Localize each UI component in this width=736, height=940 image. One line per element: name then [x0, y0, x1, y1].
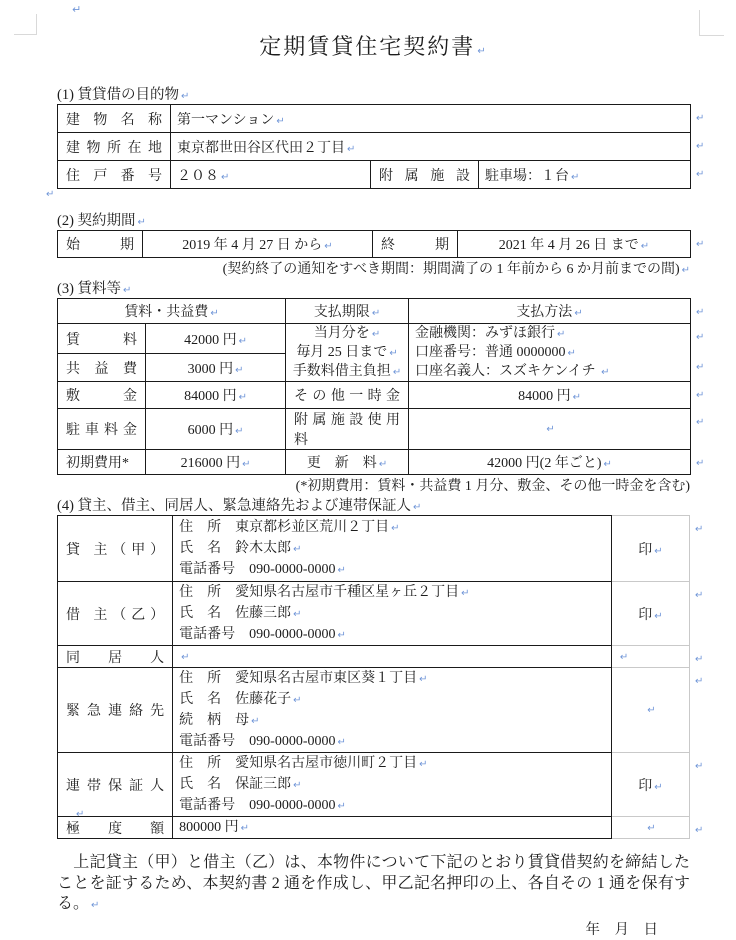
- facility-fee-value: ↵: [409, 409, 691, 450]
- pilcrow-mark: ↵: [695, 825, 703, 836]
- column-header-deadline: 支払期限↵: [286, 299, 409, 324]
- row-end-mark-cell: ↵: [691, 105, 705, 133]
- closing-paragraph: 上記貸主（甲）と借主（乙）は、本物件について下記のとおり賃貸借契約を締結したこと…: [57, 853, 690, 915]
- pilcrow-mark: ↵: [696, 332, 704, 343]
- table-row-emergency-contact: 緊 急 連 絡 先 住 所 愛知県名古屋市東区葵１丁目↵ 氏 名 佐藤花子↵ 続…: [58, 668, 704, 753]
- row-end-mark-cell: ↵: [691, 299, 705, 324]
- contract-page: ↵ ↵ ↵ 定期賃貸住宅契約書↵ (1) 賃貸借の目的物↵ 建 物 名 称 第一…: [0, 0, 736, 940]
- cell-mark: ↵: [571, 172, 579, 183]
- table-row: 住 戸 番 号 ２０８↵ 附 属 施 設 駐車場：１台↵ ↵: [58, 161, 705, 189]
- cohabitant-details: ↵: [173, 646, 612, 668]
- pilcrow-mark: ↵: [695, 654, 703, 665]
- initial-cost-value: 216000 円↵: [146, 450, 286, 475]
- cell-mark: ↵: [235, 365, 243, 376]
- section1-heading: (1) 賃貸借の目的物↵: [57, 83, 690, 104]
- landlord-details: 住 所 東京都杉並区荒川２丁目↵ 氏 名 鈴木太郎↵ 電話番号 090-0000…: [173, 516, 612, 582]
- row-end-mark-cell: ↵: [691, 133, 705, 161]
- onetime-value: 84000 円↵: [409, 382, 691, 409]
- line-break-mark: ↵: [557, 329, 565, 340]
- rent-value: 42000 円↵: [146, 324, 286, 354]
- row-end-mark-cell: ↵: [691, 382, 705, 409]
- pilcrow-mark: ↵: [91, 900, 99, 911]
- cell-mark: ↵: [546, 424, 554, 435]
- line-break-mark: ↵: [293, 609, 301, 620]
- table-row: 建 物 所 在 地 東京都世田谷区代田２丁目↵ ↵: [58, 133, 705, 161]
- term-table: 始 期 2019 年 4 月 27 日 から↵ 終 期 2021 年 4 月 2…: [57, 230, 705, 258]
- cell-mark: ↵: [181, 652, 189, 663]
- cell-mark: ↵: [338, 565, 346, 576]
- pilcrow-mark: ↵: [138, 217, 146, 228]
- cell-mark: ↵: [241, 823, 249, 834]
- pilcrow-mark: ↵: [123, 285, 131, 296]
- row-end-mark-cell: ↵: [689, 668, 703, 753]
- term-start-value: 2019 年 4 月 27 日 から↵: [143, 231, 373, 258]
- row-end-mark-cell: ↵: [689, 817, 703, 839]
- row-end-mark-cell: ↵: [691, 450, 705, 475]
- document-title-text: 定期賃貸住宅契約書: [259, 34, 475, 59]
- pilcrow-mark: ↵: [477, 46, 487, 57]
- column-header-method: 支払方法↵: [409, 299, 691, 324]
- table-row: 初期費用* 216000 円↵ 更 新 料↵ 42000 円(2 年ごと)↵ ↵: [58, 450, 705, 475]
- cell-mark: ↵: [654, 546, 662, 557]
- purpose-table: 建 物 名 称 第一マンション↵ ↵ 建 物 所 在 地 東京都世田谷区代田２丁…: [57, 104, 705, 189]
- section4-heading: (4) 貸主、借主、同居人、緊急連絡先および連帯保証人↵: [57, 494, 690, 515]
- section3-heading: (3) 賃料等↵: [57, 277, 690, 298]
- cell-mark: ↵: [654, 611, 662, 622]
- cell-mark: ↵: [647, 823, 655, 834]
- max-guarantee-value: 800000 円↵: [173, 817, 612, 839]
- cell-mark: ↵: [654, 782, 662, 793]
- term-notice-note: (契約終了の通知をすべき期間：期間満了の 1 年前から 6 か月前までの間)↵: [57, 258, 690, 276]
- building-address-value: 東京都世田谷区代田２丁目↵: [171, 133, 691, 161]
- row-end-mark-cell: ↵: [689, 753, 703, 817]
- line-break-mark: ↵: [461, 588, 469, 599]
- rent-table: 賃料・共益費↵ 支払期限↵ 支払方法↵ ↵ 賃 料 42000 円↵ 当月分を↵…: [57, 298, 705, 475]
- parking-fee-label: 駐 車 料 金: [58, 409, 146, 450]
- line-break-mark: ↵: [419, 674, 427, 685]
- parties-table: 貸 主（甲） 住 所 東京都杉並区荒川２丁目↵ 氏 名 鈴木太郎↵ 電話番号 0…: [57, 515, 704, 839]
- cell-mark: ↵: [620, 652, 628, 663]
- pilcrow-mark: ↵: [696, 390, 704, 401]
- cell-mark: ↵: [347, 144, 355, 155]
- row-end-mark-cell: ↵: [691, 354, 705, 382]
- unit-number-value: ２０８↵: [171, 161, 371, 189]
- term-start-label: 始 期: [58, 231, 143, 258]
- pilcrow-mark: ↵: [696, 141, 704, 152]
- cohabitant-seal-cell: ↵: [611, 646, 689, 668]
- cell-mark: ↵: [324, 241, 332, 252]
- pilcrow-mark: ↵: [46, 190, 54, 200]
- initial-cost-note: (*初期費用：賃料・共益費 1 月分、敷金、その他一時金を含む): [57, 475, 690, 493]
- table-row: 賃 料 42000 円↵ 当月分を↵ 毎月 25 日まで↵ 手数料借主負担↵ 金…: [58, 324, 705, 354]
- term-end-value: 2021 年 4 月 26 日 まで↵: [458, 231, 691, 258]
- table-row-max-guarantee: 極 度 額 800000 円↵ ↵ ↵: [58, 817, 704, 839]
- table-row-cohabitant: 同 居 人 ↵ ↵ ↵: [58, 646, 704, 668]
- cohabitant-label: 同 居 人: [58, 646, 173, 668]
- cell-mark: ↵: [239, 392, 247, 403]
- guarantor-seal-cell: 印↵: [611, 753, 689, 817]
- section1-heading-text: (1) 賃貸借の目的物: [57, 87, 179, 103]
- cell-mark: ↵: [338, 737, 346, 748]
- tenant-details: 住 所 愛知県名古屋市千種区星ヶ丘２丁目↵ 氏 名 佐藤三郎↵ 電話番号 090…: [173, 582, 612, 646]
- emergency-contact-details: 住 所 愛知県名古屋市東区葵１丁目↵ 氏 名 佐藤花子↵ 続 柄 母↵ 電話番号…: [173, 668, 612, 753]
- cell-mark: ↵: [235, 426, 243, 437]
- common-fee-value: 3000 円↵: [146, 354, 286, 382]
- pilcrow-mark: ↵: [695, 676, 703, 687]
- cell-mark: ↵: [242, 459, 250, 470]
- deposit-label: 敷 金: [58, 382, 146, 409]
- table-row: 駐 車 料 金 6000 円↵ 附 属 施 設 使 用 料 ↵ ↵: [58, 409, 705, 450]
- pilcrow-mark: ↵: [695, 524, 703, 535]
- cell-mark: ↵: [573, 392, 581, 403]
- cell-mark: ↵: [221, 172, 229, 183]
- emergency-contact-label: 緊 急 連 絡 先: [58, 668, 173, 753]
- cell-mark: ↵: [641, 241, 649, 252]
- cell-mark: ↵: [338, 801, 346, 812]
- line-break-mark: ↵: [391, 523, 399, 534]
- pilcrow-mark: ↵: [696, 362, 704, 373]
- attached-facility-value: 駐車場：１台↵: [479, 161, 691, 189]
- payment-deadline-cell: 当月分を↵ 毎月 25 日まで↵ 手数料借主負担↵: [286, 324, 409, 382]
- table-row-tenant: 借 主（乙） 住 所 愛知県名古屋市千種区星ヶ丘２丁目↵ 氏 名 佐藤三郎↵ 電…: [58, 582, 704, 646]
- pilcrow-mark: ↵: [696, 113, 704, 124]
- line-break-mark: ↵: [293, 780, 301, 791]
- row-end-mark-cell: ↵: [691, 161, 705, 189]
- landlord-label: 貸 主（甲）: [58, 516, 173, 582]
- document-title: 定期賃貸住宅契約書↵: [57, 0, 690, 62]
- row-end-mark-cell: ↵: [691, 231, 705, 258]
- guarantor-details: 住 所 愛知県名古屋市徳川町２丁目↵ 氏 名 保証三郎↵ 電話番号 090-00…: [173, 753, 612, 817]
- line-break-mark: ↵: [251, 716, 259, 727]
- line-break-mark: ↵: [293, 695, 301, 706]
- max-guarantee-label: 極 度 額: [58, 817, 173, 839]
- attached-facility-label: 附 属 施 設: [371, 161, 479, 189]
- onetime-label: そ の 他 一 時 金: [286, 382, 409, 409]
- pilcrow-mark: ↵: [695, 590, 703, 601]
- pilcrow-mark: ↵: [696, 458, 704, 469]
- row-end-mark-cell: ↵: [691, 324, 705, 354]
- cell-mark: ↵: [393, 367, 401, 378]
- pilcrow-mark: ↵: [695, 761, 703, 772]
- cell-mark: ↵: [210, 308, 218, 319]
- renewal-fee-label: 更 新 料↵: [286, 450, 409, 475]
- table-row-guarantor: 連 帯 保 証 人 住 所 愛知県名古屋市徳川町２丁目↵ 氏 名 保証三郎↵ 電…: [58, 753, 704, 817]
- pilcrow-mark: ↵: [682, 265, 690, 276]
- cell-mark: ↵: [239, 336, 247, 347]
- emergency-contact-seal-cell: ↵: [611, 668, 689, 753]
- line-break-mark: ↵: [293, 544, 301, 555]
- signature-date-line: 年 月 日: [57, 918, 690, 938]
- table-row-landlord: 貸 主（甲） 住 所 東京都杉並区荒川２丁目↵ 氏 名 鈴木太郎↵ 電話番号 0…: [58, 516, 704, 582]
- pilcrow-mark: ↵: [696, 307, 704, 318]
- initial-cost-label: 初期費用*: [58, 450, 146, 475]
- renewal-fee-value: 42000 円(2 年ごと)↵: [409, 450, 691, 475]
- cell-mark: ↵: [601, 367, 609, 378]
- cell-mark: ↵: [276, 116, 284, 127]
- rent-label: 賃 料: [58, 324, 146, 354]
- line-break-mark: ↵: [372, 329, 380, 340]
- building-name-value: 第一マンション↵: [171, 105, 691, 133]
- tenant-seal-cell: 印↵: [611, 582, 689, 646]
- line-break-mark: ↵: [568, 348, 576, 359]
- table-header-row: 賃料・共益費↵ 支払期限↵ 支払方法↵ ↵: [58, 299, 705, 324]
- deposit-value: 84000 円↵: [146, 382, 286, 409]
- table-row: 建 物 名 称 第一マンション↵ ↵: [58, 105, 705, 133]
- margin-crop-mark-top-right: [699, 10, 724, 36]
- term-end-label: 終 期: [373, 231, 458, 258]
- table-row: 敷 金 84000 円↵ そ の 他 一 時 金 84000 円↵ ↵: [58, 382, 705, 409]
- pilcrow-mark: ↵: [696, 169, 704, 180]
- column-header-fee: 賃料・共益費↵: [58, 299, 286, 324]
- unit-number-label: 住 戸 番 号: [58, 161, 171, 189]
- row-end-mark-cell: ↵: [691, 409, 705, 450]
- cell-mark: ↵: [338, 630, 346, 641]
- row-end-mark-cell: ↵: [689, 582, 703, 646]
- section2-heading-text: (2) 契約期間: [57, 213, 136, 229]
- max-guarantee-seal-cell: ↵: [611, 817, 689, 839]
- pilcrow-mark: ↵: [413, 502, 421, 513]
- section2-heading: (2) 契約期間↵: [57, 209, 690, 230]
- guarantor-label: 連 帯 保 証 人: [58, 753, 173, 817]
- row-end-mark-cell: ↵: [689, 516, 703, 582]
- table-row: 始 期 2019 年 4 月 27 日 から↵ 終 期 2021 年 4 月 2…: [58, 231, 705, 258]
- facility-fee-label: 附 属 施 設 使 用 料: [286, 409, 409, 450]
- row-end-mark-cell: ↵: [689, 646, 703, 668]
- tenant-label: 借 主（乙）: [58, 582, 173, 646]
- pilcrow-mark: ↵: [696, 239, 704, 250]
- parking-fee-value: 6000 円↵: [146, 409, 286, 450]
- cell-mark: ↵: [379, 459, 387, 470]
- common-fee-label: 共 益 費: [58, 354, 146, 382]
- building-address-label: 建 物 所 在 地: [58, 133, 171, 161]
- cell-mark: ↵: [603, 459, 611, 470]
- building-name-label: 建 物 名 称: [58, 105, 171, 133]
- landlord-seal-cell: 印↵: [611, 516, 689, 582]
- section3-heading-text: (3) 賃料等: [57, 281, 121, 297]
- cell-mark: ↵: [647, 705, 655, 716]
- payment-method-cell: 金融機関：みずほ銀行↵ 口座番号：普通 0000000↵ 口座名義人：スズキケン…: [409, 324, 691, 382]
- section4-heading-text: (4) 貸主、借主、同居人、緊急連絡先および連帯保証人: [57, 498, 411, 514]
- line-break-mark: ↵: [419, 759, 427, 770]
- pilcrow-mark: ↵: [181, 91, 189, 102]
- cell-mark: ↵: [372, 308, 380, 319]
- cell-mark: ↵: [574, 308, 582, 319]
- pilcrow-mark: ↵: [696, 417, 704, 428]
- margin-crop-mark-top-left: [14, 14, 37, 35]
- line-break-mark: ↵: [389, 348, 397, 359]
